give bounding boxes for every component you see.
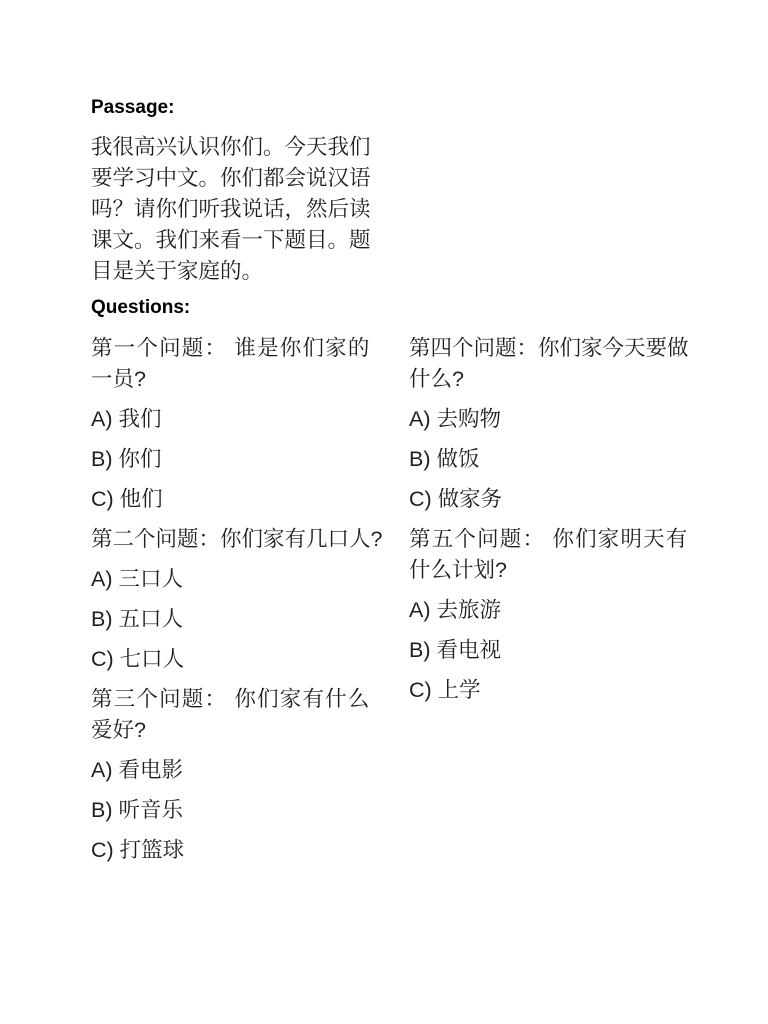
question-prompt-line: 第一个问题： 谁是你们家的 bbox=[91, 333, 380, 364]
questions-column-right: 第四个问题：你们家今天要做 什么? A) 去购物 B) 做饭 C) 做家务 第五… bbox=[409, 333, 698, 715]
passage-line: 吗？请你们听我说话，然后读 bbox=[91, 194, 701, 225]
question-4-prompt: 第四个问题：你们家今天要做 什么? bbox=[409, 333, 698, 395]
question-prompt-line: 一员? bbox=[91, 364, 380, 395]
question-prompt-line: 爱好? bbox=[91, 715, 380, 746]
question-2-prompt: 第二个问题：你们家有几口人? bbox=[91, 524, 380, 555]
passage-line: 我很高兴认识你们。今天我们 bbox=[91, 132, 701, 163]
questions-heading: Questions: bbox=[91, 297, 701, 319]
question-2-option-a: A) 三口人 bbox=[91, 564, 380, 595]
question-3-option-c: C) 打篮球 bbox=[91, 835, 380, 866]
questions-columns: 第一个问题： 谁是你们家的 一员? A) 我们 B) 你们 C) 他们 第二个问… bbox=[91, 333, 701, 875]
question-1-option-c: C) 他们 bbox=[91, 484, 380, 515]
question-5-option-c: C) 上学 bbox=[409, 675, 698, 706]
question-3-prompt: 第三个问题： 你们家有什么 爱好? bbox=[91, 684, 380, 746]
question-5: 第五个问题： 你们家明天有 什么计划? A) 去旅游 B) 看电视 C) 上学 bbox=[409, 524, 698, 706]
passage-line: 要学习中文。你们都会说汉语 bbox=[91, 163, 701, 194]
questions-column-left: 第一个问题： 谁是你们家的 一员? A) 我们 B) 你们 C) 他们 第二个问… bbox=[91, 333, 380, 875]
question-3-option-b: B) 听音乐 bbox=[91, 795, 380, 826]
question-prompt-line: 什么计划? bbox=[409, 555, 698, 586]
question-prompt-line: 第三个问题： 你们家有什么 bbox=[91, 684, 380, 715]
question-4: 第四个问题：你们家今天要做 什么? A) 去购物 B) 做饭 C) 做家务 bbox=[409, 333, 698, 515]
question-4-option-b: B) 做饭 bbox=[409, 444, 698, 475]
question-prompt-line: 第五个问题： 你们家明天有 bbox=[409, 524, 698, 555]
passage-paragraph: 我很高兴认识你们。今天我们 要学习中文。你们都会说汉语 吗？请你们听我说话，然后… bbox=[91, 132, 701, 287]
question-prompt-line: 第四个问题：你们家今天要做 bbox=[409, 333, 698, 364]
question-3: 第三个问题： 你们家有什么 爱好? A) 看电影 B) 听音乐 C) 打篮球 bbox=[91, 684, 380, 866]
question-2-option-c: C) 七口人 bbox=[91, 644, 380, 675]
passage-heading: Passage: bbox=[91, 97, 701, 119]
question-5-prompt: 第五个问题： 你们家明天有 什么计划? bbox=[409, 524, 698, 586]
question-prompt-line: 什么? bbox=[409, 364, 698, 395]
question-1-option-b: B) 你们 bbox=[91, 444, 380, 475]
question-1: 第一个问题： 谁是你们家的 一员? A) 我们 B) 你们 C) 他们 bbox=[91, 333, 380, 515]
question-1-prompt: 第一个问题： 谁是你们家的 一员? bbox=[91, 333, 380, 395]
passage-line: 目是关于家庭的。 bbox=[91, 256, 701, 287]
question-2-option-b: B) 五口人 bbox=[91, 604, 380, 635]
question-4-option-c: C) 做家务 bbox=[409, 484, 698, 515]
document-page: Passage: 我很高兴认识你们。今天我们 要学习中文。你们都会说汉语 吗？请… bbox=[0, 0, 768, 1024]
passage-line: 课文。我们来看一下题目。题 bbox=[91, 225, 701, 256]
question-3-option-a: A) 看电影 bbox=[91, 755, 380, 786]
question-5-option-b: B) 看电视 bbox=[409, 635, 698, 666]
page-content: Passage: 我很高兴认识你们。今天我们 要学习中文。你们都会说汉语 吗？请… bbox=[91, 97, 701, 875]
question-1-option-a: A) 我们 bbox=[91, 404, 380, 435]
question-5-option-a: A) 去旅游 bbox=[409, 595, 698, 626]
question-4-option-a: A) 去购物 bbox=[409, 404, 698, 435]
question-prompt-line: 第二个问题：你们家有几口人? bbox=[91, 524, 380, 555]
question-2: 第二个问题：你们家有几口人? A) 三口人 B) 五口人 C) 七口人 bbox=[91, 524, 380, 675]
